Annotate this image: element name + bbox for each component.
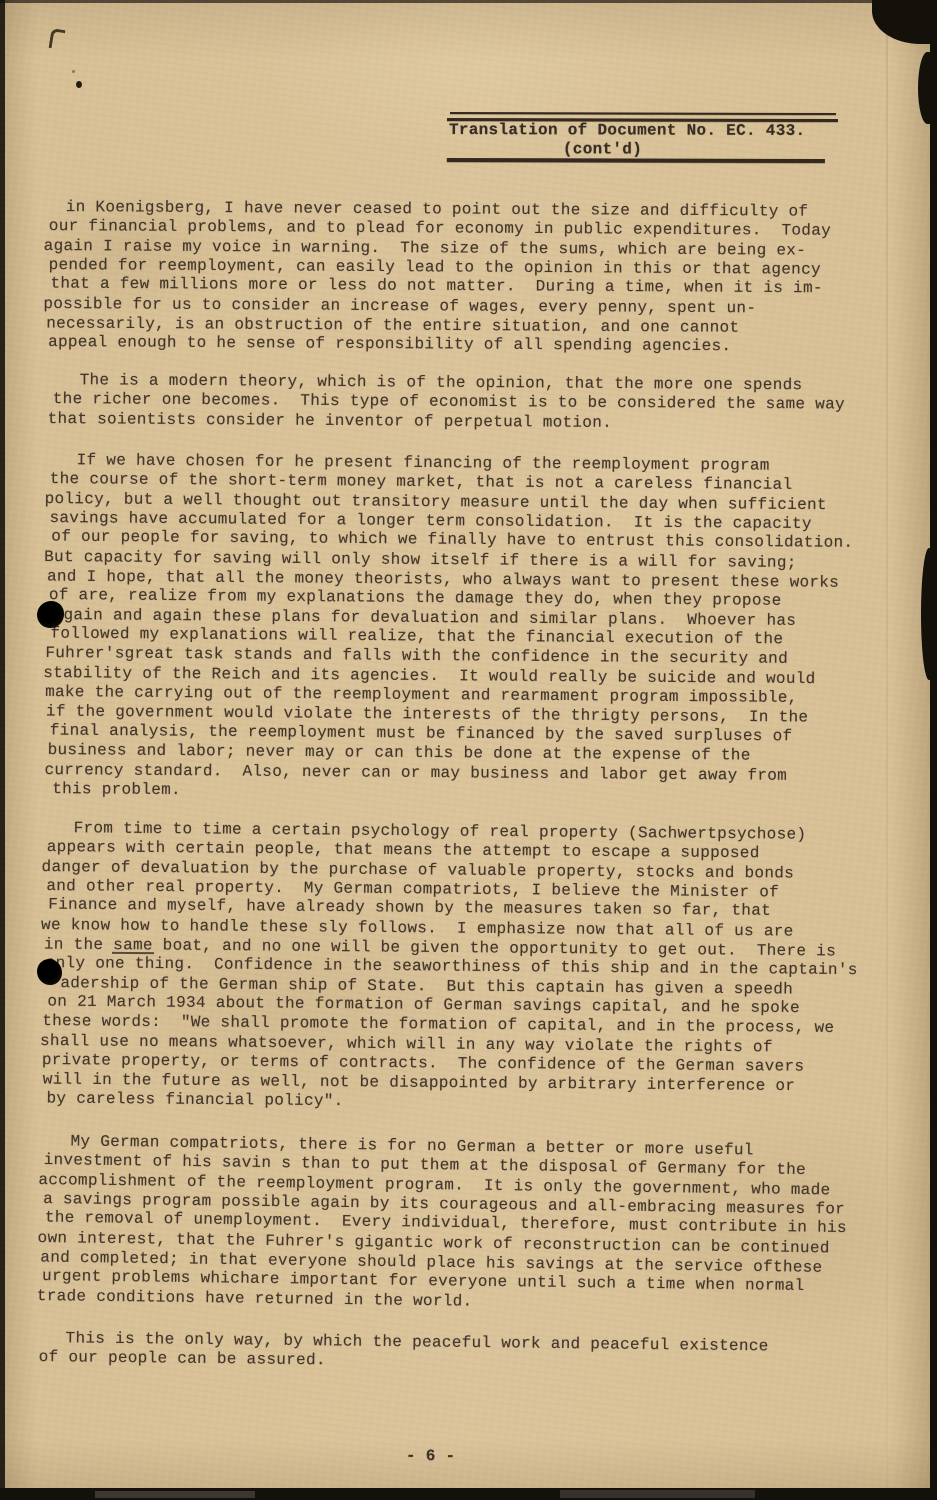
scan-edge-blotch-middle <box>921 548 937 680</box>
document-subtitle: (cont'd) <box>563 140 642 158</box>
paragraph-1: in Koenigsberg, I have never ceased to p… <box>45 198 831 358</box>
scanner-bed-patch <box>95 1491 255 1498</box>
ink-speck <box>72 70 75 73</box>
pen-mark <box>49 28 66 50</box>
scan-edge-blotch-upper <box>918 52 937 124</box>
paragraph-2: The is a modern theory, which is of the … <box>50 371 846 435</box>
scan-edge-left <box>0 0 5 1500</box>
paragraph-3: If we have chosen for he present financi… <box>44 451 854 806</box>
ink-blot-bottom <box>37 959 62 985</box>
ink-dot <box>76 81 82 88</box>
document-header: Translation of Document No. EC. 433. (co… <box>447 112 839 167</box>
underline-mark <box>112 952 154 954</box>
scan-edge-top <box>0 0 937 3</box>
header-rule-bottom <box>447 158 825 162</box>
paragraph-4: From time to time a certain psychology o… <box>41 819 858 1116</box>
paragraph-5: My German compatriots, there is for no G… <box>39 1132 848 1317</box>
ink-blot-top <box>37 601 64 628</box>
header-rule-top-outer <box>450 112 836 115</box>
scanner-bed-patch <box>560 1490 755 1498</box>
paper-crease <box>886 0 888 1500</box>
paragraph-6: This is the only way, by which the peace… <box>36 1329 769 1376</box>
page-number: - 6 - <box>406 1447 456 1467</box>
scanned-page-background: Translation of Document No. EC. 433. (co… <box>0 0 937 1500</box>
scan-edge-right <box>930 0 937 1500</box>
document-title: Translation of Document No. EC. 433. <box>449 121 806 140</box>
document-page: Translation of Document No. EC. 433. (co… <box>0 0 937 1500</box>
